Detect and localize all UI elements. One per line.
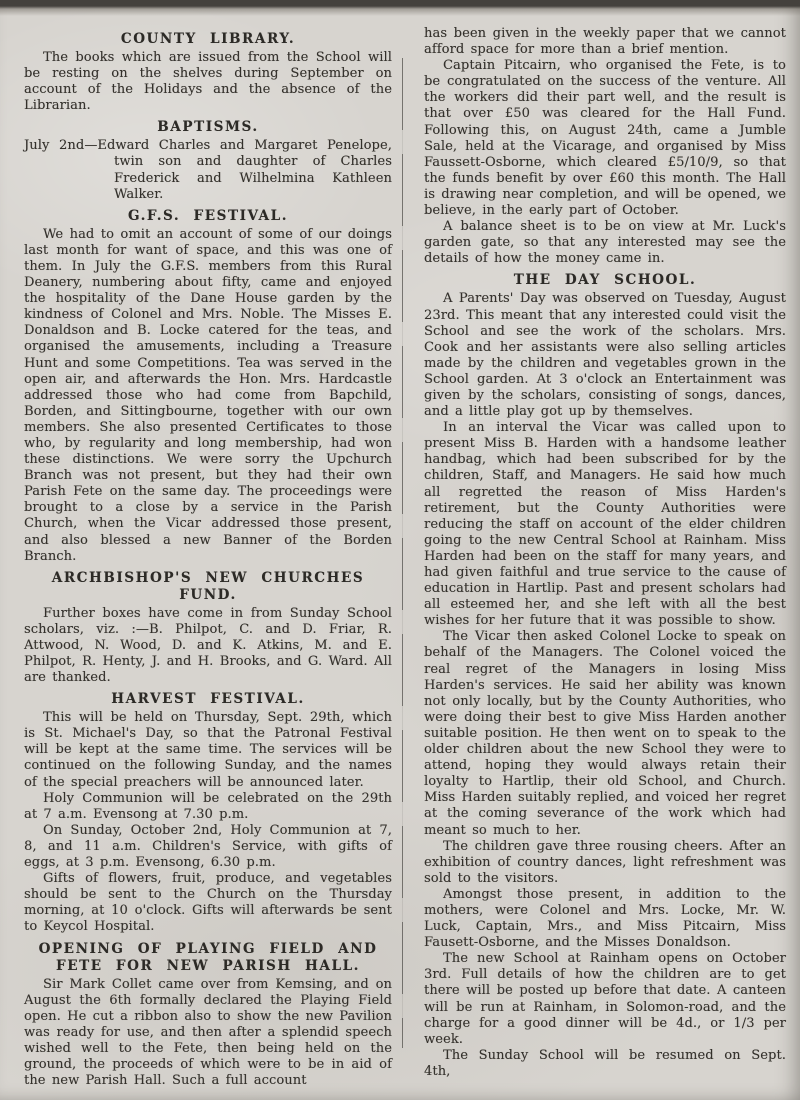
column-divider (402, 58, 403, 1048)
left-column: COUNTY LIBRARY.The books which are issue… (24, 26, 392, 1089)
section: OPENING OF PLAYING FIELD AND FETE FOR NE… (24, 941, 392, 1090)
paragraph: On Sunday, October 2nd, Holy Communion a… (24, 823, 392, 871)
section: has been given in the weekly paper that … (424, 26, 786, 267)
paragraph: The children gave three rousing cheers. … (424, 839, 786, 887)
section: G.F.S. FESTIVAL.We had to omit an accoun… (24, 208, 392, 565)
section-heading: HARVEST FESTIVAL. (24, 691, 392, 708)
paragraph: Captain Pitcairn, who organised the Fete… (424, 58, 786, 219)
paragraph: Gifts of flowers, fruit, produce, and ve… (24, 871, 392, 935)
section-heading: OPENING OF PLAYING FIELD AND FETE FOR NE… (24, 941, 392, 975)
paragraph: The new School at Rainham opens on Octob… (424, 951, 786, 1048)
paragraph: A balance sheet is to be on view at Mr. … (424, 219, 786, 267)
scan-edge-top (0, 0, 800, 16)
section-heading: BAPTISMS. (24, 119, 392, 136)
paragraph: We had to omit an account of some of our… (24, 227, 392, 565)
right-column: has been given in the weekly paper that … (424, 26, 786, 1080)
section-heading: ARCHBISHOP'S NEW CHURCHES FUND. (24, 570, 392, 604)
section: COUNTY LIBRARY.The books which are issue… (24, 31, 392, 114)
paragraph: Sir Mark Collet came over from Kemsing, … (24, 977, 392, 1090)
paragraph: In an interval the Vicar was called upon… (424, 420, 786, 629)
paragraph: The Vicar then asked Colonel Locke to sp… (424, 629, 786, 838)
paragraph: Amongst those present, in addition to th… (424, 887, 786, 951)
paragraph: has been given in the weekly paper that … (424, 26, 786, 58)
section-heading: COUNTY LIBRARY. (24, 31, 392, 48)
scanned-page: COUNTY LIBRARY.The books which are issue… (0, 0, 800, 1100)
section: HARVEST FESTIVAL.This will be held on Th… (24, 691, 392, 935)
section-heading: G.F.S. FESTIVAL. (24, 208, 392, 225)
paragraph: July 2nd—Edward Charles and Margaret Pen… (24, 138, 392, 202)
section: BAPTISMS.July 2nd—Edward Charles and Mar… (24, 119, 392, 202)
paragraph: The books which are issued from the Scho… (24, 50, 392, 114)
paragraph: This will be held on Thursday, Sept. 29t… (24, 710, 392, 790)
paragraph: A Parents' Day was observed on Tuesday, … (424, 291, 786, 420)
section: ARCHBISHOP'S NEW CHURCHES FUND.Further b… (24, 570, 392, 686)
paragraph: Further boxes have come in from Sunday S… (24, 606, 392, 686)
paragraph: The Sunday School will be resumed on Sep… (424, 1048, 786, 1080)
paragraph: Holy Communion will be celebrated on the… (24, 791, 392, 823)
section: THE DAY SCHOOL.A Parents' Day was observ… (424, 272, 786, 1080)
section-heading: THE DAY SCHOOL. (424, 272, 786, 289)
